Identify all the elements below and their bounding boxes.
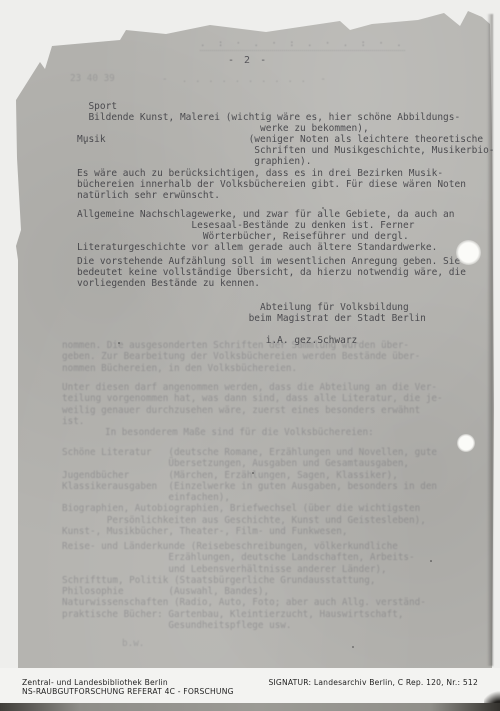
faded-subheading: - . . . . . . . . . . -: [162, 74, 327, 85]
faded-margin-mark: 23 40 39: [70, 73, 115, 84]
ghost-heading: In besonderem Maße sind für die Volksbüc…: [105, 427, 374, 438]
paragraph-categories: Sport Bildende Kunst, Malerei (wichtig w…: [77, 101, 495, 167]
caption-institution-line1: Zentral- und Landesbibliothek Berlin: [22, 678, 168, 687]
paragraph-nachschlagewerke: Allgemeine Nachschlagewerke, und zwar fü…: [77, 209, 455, 253]
caption-bar: Zentral- und Landesbibliothek BerlinNS-R…: [0, 668, 500, 703]
caption-institution: Zentral- und Landesbibliothek BerlinNS-R…: [22, 678, 234, 697]
scanner-edge-band: [0, 703, 500, 711]
ghost-text-d: Reise- und Länderkunde (Reisebeschreibun…: [62, 541, 426, 631]
ghost-note: b.w.: [122, 638, 144, 649]
dust-speck: [352, 646, 354, 648]
dust-speck: [252, 472, 254, 474]
ghost-text-b: Unter diesen darf angenommen werden, das…: [62, 382, 443, 427]
dust-speck: [430, 560, 432, 562]
punch-hole-top: [456, 240, 481, 265]
paragraph-musikbuechereien: Es wäre auch zu berücksichtigen, dass es…: [77, 168, 466, 201]
caption-institution-line2: NS-RAUBGUTFORSCHUNG REFERAT 4C - FORSCHU…: [22, 687, 234, 696]
scanned-document-viewport: . : · . · : . · . : · . - 2 - - . . . . …: [0, 0, 500, 711]
faded-heading: . : · . · : . · . : · .: [200, 39, 405, 51]
page-number: - 2 -: [228, 55, 268, 66]
ghost-text-c: Schöne Literatur (deutsche Romane, Erzäh…: [62, 447, 437, 537]
punch-hole-bottom: [457, 434, 475, 452]
dust-speck: [118, 342, 120, 344]
ghost-text-a: nommen. Die ausgesonderten Schriften der…: [62, 340, 420, 374]
dust-speck: [84, 142, 86, 144]
paragraph-schluss: Die vorstehende Aufzählung soll im wesen…: [77, 256, 466, 289]
dust-speck: [322, 207, 324, 209]
caption-signature: SIGNATUR: Landesarchiv Berlin, C Rep. 12…: [268, 678, 478, 687]
